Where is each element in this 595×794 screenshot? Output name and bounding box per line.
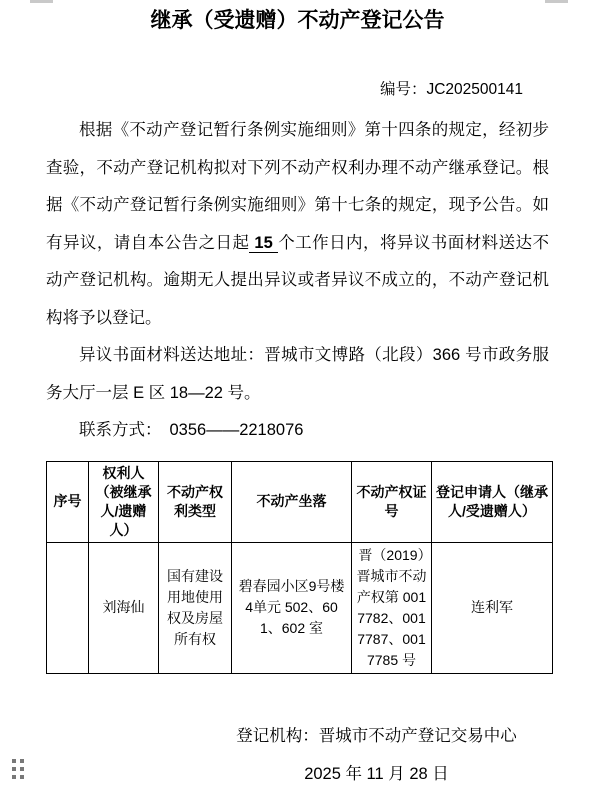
table-header-row: 序号 权利人（被继承人/遗赠人） 不动产权利类型 不动产坐落 不动产权证号 登记… — [47, 461, 553, 542]
header-right-holder: 权利人（被继承人/遗赠人） — [89, 461, 159, 542]
page-title: 继承（受遗赠）不动产登记公告 — [46, 8, 549, 34]
cell-applicant: 连利军 — [432, 542, 553, 673]
cell-right-type: 国有建设用地使用权及房屋所有权 — [159, 542, 232, 673]
header-right-type: 不动产权利类型 — [159, 461, 232, 542]
table-row: 刘海仙 国有建设用地使用权及房屋所有权 碧春园小区9号楼4单元 502、601、… — [47, 542, 553, 673]
drag-handle-icon — [12, 759, 24, 779]
objection-days-value: 15 — [249, 234, 277, 253]
page-edge-artifact-right — [545, 0, 568, 3]
cell-certificate-number: 晋（2019）晋城市不动产权第 0017782、0017787、0017785 … — [352, 542, 432, 673]
announcement-date: 2025 年 11 月 28 日 — [204, 762, 549, 786]
header-applicant: 登记申请人（继承人/受遗赠人） — [432, 461, 553, 542]
registration-table: 序号 权利人（被继承人/遗赠人） 不动产权利类型 不动产坐落 不动产权证号 登记… — [46, 461, 553, 674]
cell-right-holder: 刘海仙 — [89, 542, 159, 673]
header-property-location: 不动产坐落 — [232, 461, 352, 542]
notice-text-before-days: 根据《不动产登记暂行条例实施细则》第十四条的规定，经初步查验，不动产登记机构拟对… — [46, 121, 549, 252]
registration-agency: 登记机构：晋城市不动产登记交易中心 — [204, 724, 549, 748]
cell-property-location: 碧春园小区9号楼4单元 502、601、602 室 — [232, 542, 352, 673]
contact-label: 联系方式： — [79, 421, 162, 439]
document-page: 继承（受遗赠）不动产登记公告 编号：JC202500141 根据《不动产登记暂行… — [0, 0, 595, 794]
notice-paragraph: 根据《不动产登记暂行条例实施细则》第十四条的规定，经初步查验，不动产登记机构拟对… — [46, 112, 549, 337]
header-serial-number: 序号 — [47, 461, 89, 542]
header-certificate-number: 不动产权证号 — [352, 461, 432, 542]
contact-paragraph: 联系方式：0356——2218076 — [46, 412, 549, 450]
contact-phone: 0356——2218076 — [170, 421, 304, 439]
page-edge-artifact-left — [30, 0, 53, 3]
address-paragraph: 异议书面材料送达地址：晋城市文博路（北段）366 号市政务服务大厅一层 E 区 … — [46, 337, 549, 412]
doc-number-value: JC202500141 — [426, 81, 523, 98]
footer: 登记机构：晋城市不动产登记交易中心 2025 年 11 月 28 日 — [204, 724, 549, 786]
doc-number-line: 编号：JC202500141 — [46, 80, 549, 100]
document-body: 根据《不动产登记暂行条例实施细则》第十四条的规定，经初步查验，不动产登记机构拟对… — [46, 112, 549, 450]
cell-serial-number — [47, 542, 89, 673]
doc-number-label: 编号： — [380, 81, 427, 98]
